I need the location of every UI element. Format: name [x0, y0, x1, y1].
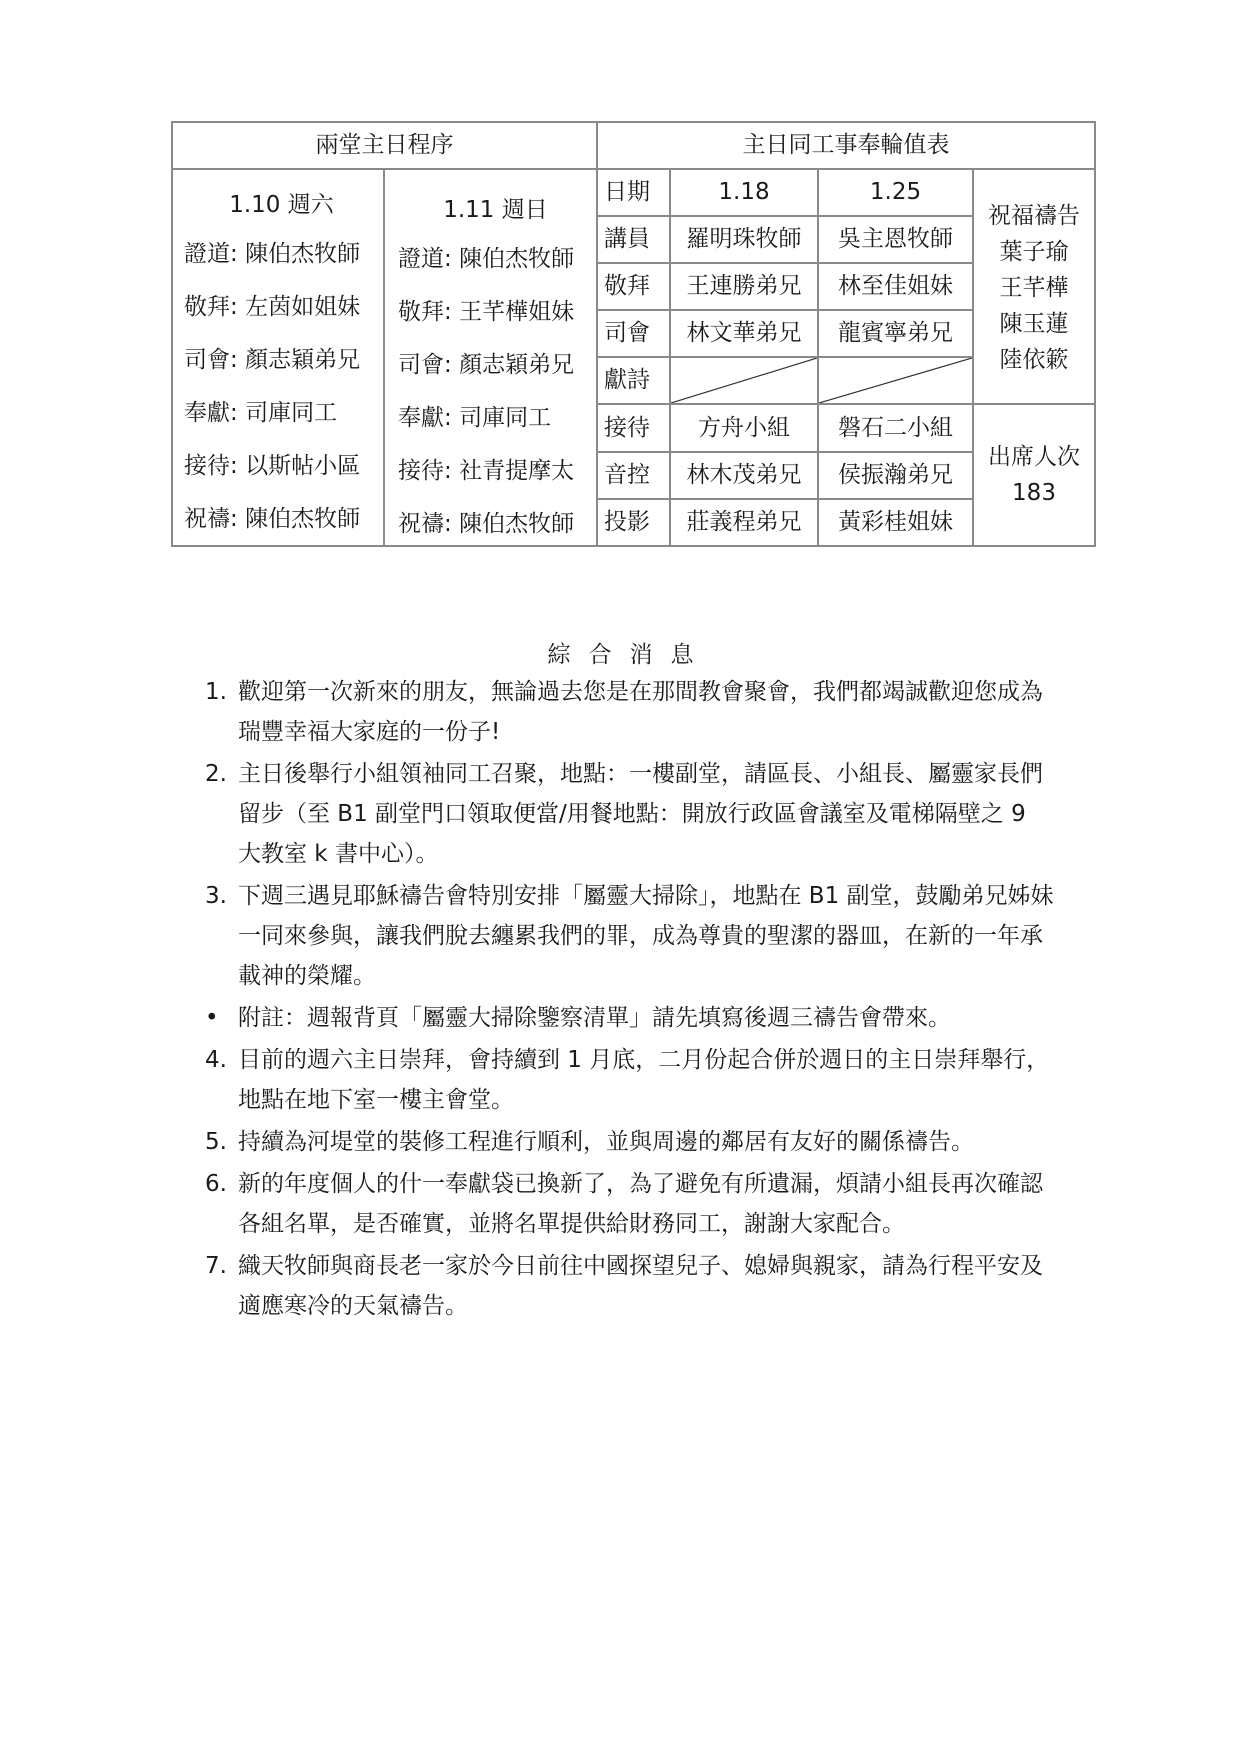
roster-role: 講員: [598, 217, 669, 262]
roster-role: 司會: [598, 311, 669, 356]
attendance-count: 183: [1012, 475, 1056, 511]
service-row: 敬拜: 王芊樺姐妹: [398, 293, 593, 326]
roster-value: 林至佳姐妹: [819, 264, 972, 309]
news-note: •附註：週報背頁「屬靈大掃除鑒察清單」請先填寫後週三禱告會帶來。: [205, 998, 1055, 1038]
roster-role: 接待: [598, 405, 669, 451]
roster-value: 磐石二小組: [819, 405, 972, 451]
blessing-prayer-cell: 祝福禱告 葉子瑜 王芊樺 陳玉蓮 陸依簌: [974, 170, 1094, 403]
service-divider: [383, 170, 385, 545]
service-row: 祝禱: 陳伯杰牧師: [184, 500, 379, 533]
news-item: 7.織天牧師與商長老一家於今日前往中國探望兒子、媳婦與親家，請為行程平安及適應寒…: [205, 1246, 1055, 1326]
news-item: 1.歡迎第一次新來的朋友，無論過去您是在那間教會聚會，我們都竭誠歡迎您成為瑞豐幸…: [205, 672, 1055, 752]
attendance-label: 出席人次: [988, 439, 1080, 475]
service-row: 司會: 顏志穎弟兄: [398, 346, 593, 379]
schedule-table: 兩堂主日程序 主日同工事奉輪值表 1.10 週六 證道: 陳伯杰牧師 敬拜: 左…: [171, 121, 1096, 547]
roster-date: 1.18: [671, 170, 817, 215]
service-row: 證道: 陳伯杰牧師: [398, 240, 593, 273]
service-row: 接待: 社青提摩太: [398, 452, 593, 485]
service-row: 接待: 以斯帖小區: [184, 447, 379, 480]
blessing-prayer-name: 陳玉蓮: [1000, 306, 1069, 342]
service-row: 奉獻: 司庫同工: [184, 394, 379, 427]
roster-value: 侯振瀚弟兄: [819, 453, 972, 498]
roster-value: 黃彩桂姐妹: [819, 500, 972, 545]
roster-date: 1.25: [819, 170, 972, 215]
news-item: 2.主日後舉行小組領袖同工召聚，地點：一樓副堂，請區長、小組長、屬靈家長們留步（…: [205, 754, 1055, 874]
empty-cell-slash: [819, 358, 972, 403]
service-date: 1.10 週六: [184, 186, 379, 219]
roster-value: 林木茂弟兄: [671, 453, 817, 498]
blessing-prayer-name: 葉子瑜: [1000, 234, 1069, 270]
roster-title: 主日同工事奉輪值表: [598, 123, 1094, 168]
service-row: 證道: 陳伯杰牧師: [184, 235, 379, 268]
roster-value: 龍賓寧弟兄: [819, 311, 972, 356]
roster-role: 投影: [598, 500, 669, 545]
service-saturday: 1.10 週六 證道: 陳伯杰牧師 敬拜: 左茵如姐妹 司會: 顏志穎弟兄 奉獻…: [184, 186, 379, 553]
roster-value: 林文華弟兄: [671, 311, 817, 356]
news-item: 3.下週三遇見耶穌禱告會特別安排「屬靈大掃除」，地點在 B1 副堂，鼓勵弟兄姊妹…: [205, 876, 1055, 996]
roster-value: 羅明珠牧師: [671, 217, 817, 262]
news-title: 綜合消息: [0, 636, 1241, 669]
roster-value: 方舟小組: [671, 405, 817, 451]
news-item: 6.新的年度個人的什一奉獻袋已換新了，為了避免有所遺漏，煩請小組長再次確認各組名…: [205, 1164, 1055, 1244]
empty-cell-slash: [671, 358, 817, 403]
roster-value: 莊義程弟兄: [671, 500, 817, 545]
roster-date-label: 日期: [598, 170, 669, 215]
service-row: 敬拜: 左茵如姐妹: [184, 288, 379, 321]
roster-value: 吳主恩牧師: [819, 217, 972, 262]
attendance-cell: 出席人次 183: [974, 405, 1094, 545]
service-row: 祝禱: 陳伯杰牧師: [398, 505, 593, 538]
blessing-prayer-title: 祝福禱告: [988, 198, 1080, 234]
service-sunday: 1.11 週日 證道: 陳伯杰牧師 敬拜: 王芊樺姐妹 司會: 顏志穎弟兄 奉獻…: [398, 191, 593, 558]
news-item: 5.持續為河堤堂的裝修工程進行順利，並與周邊的鄰居有友好的關係禱告。: [205, 1122, 1055, 1162]
service-row: 司會: 顏志穎弟兄: [184, 341, 379, 374]
service-date: 1.11 週日: [398, 191, 593, 224]
program-title: 兩堂主日程序: [173, 123, 596, 168]
roster-role: 敬拜: [598, 264, 669, 309]
news-item: 4.目前的週六主日崇拜，會持續到 1 月底，二月份起合併於週日的主日崇拜舉行，地…: [205, 1040, 1055, 1120]
blessing-prayer-name: 陸依簌: [1000, 342, 1069, 378]
blessing-prayer-name: 王芊樺: [1000, 270, 1069, 306]
roster-role: 獻詩: [598, 358, 669, 403]
roster-value: 王連勝弟兄: [671, 264, 817, 309]
service-row: 奉獻: 司庫同工: [398, 399, 593, 432]
roster-role: 音控: [598, 453, 669, 498]
news-list: 1.歡迎第一次新來的朋友，無論過去您是在那間教會聚會，我們都竭誠歡迎您成為瑞豐幸…: [205, 672, 1055, 1328]
